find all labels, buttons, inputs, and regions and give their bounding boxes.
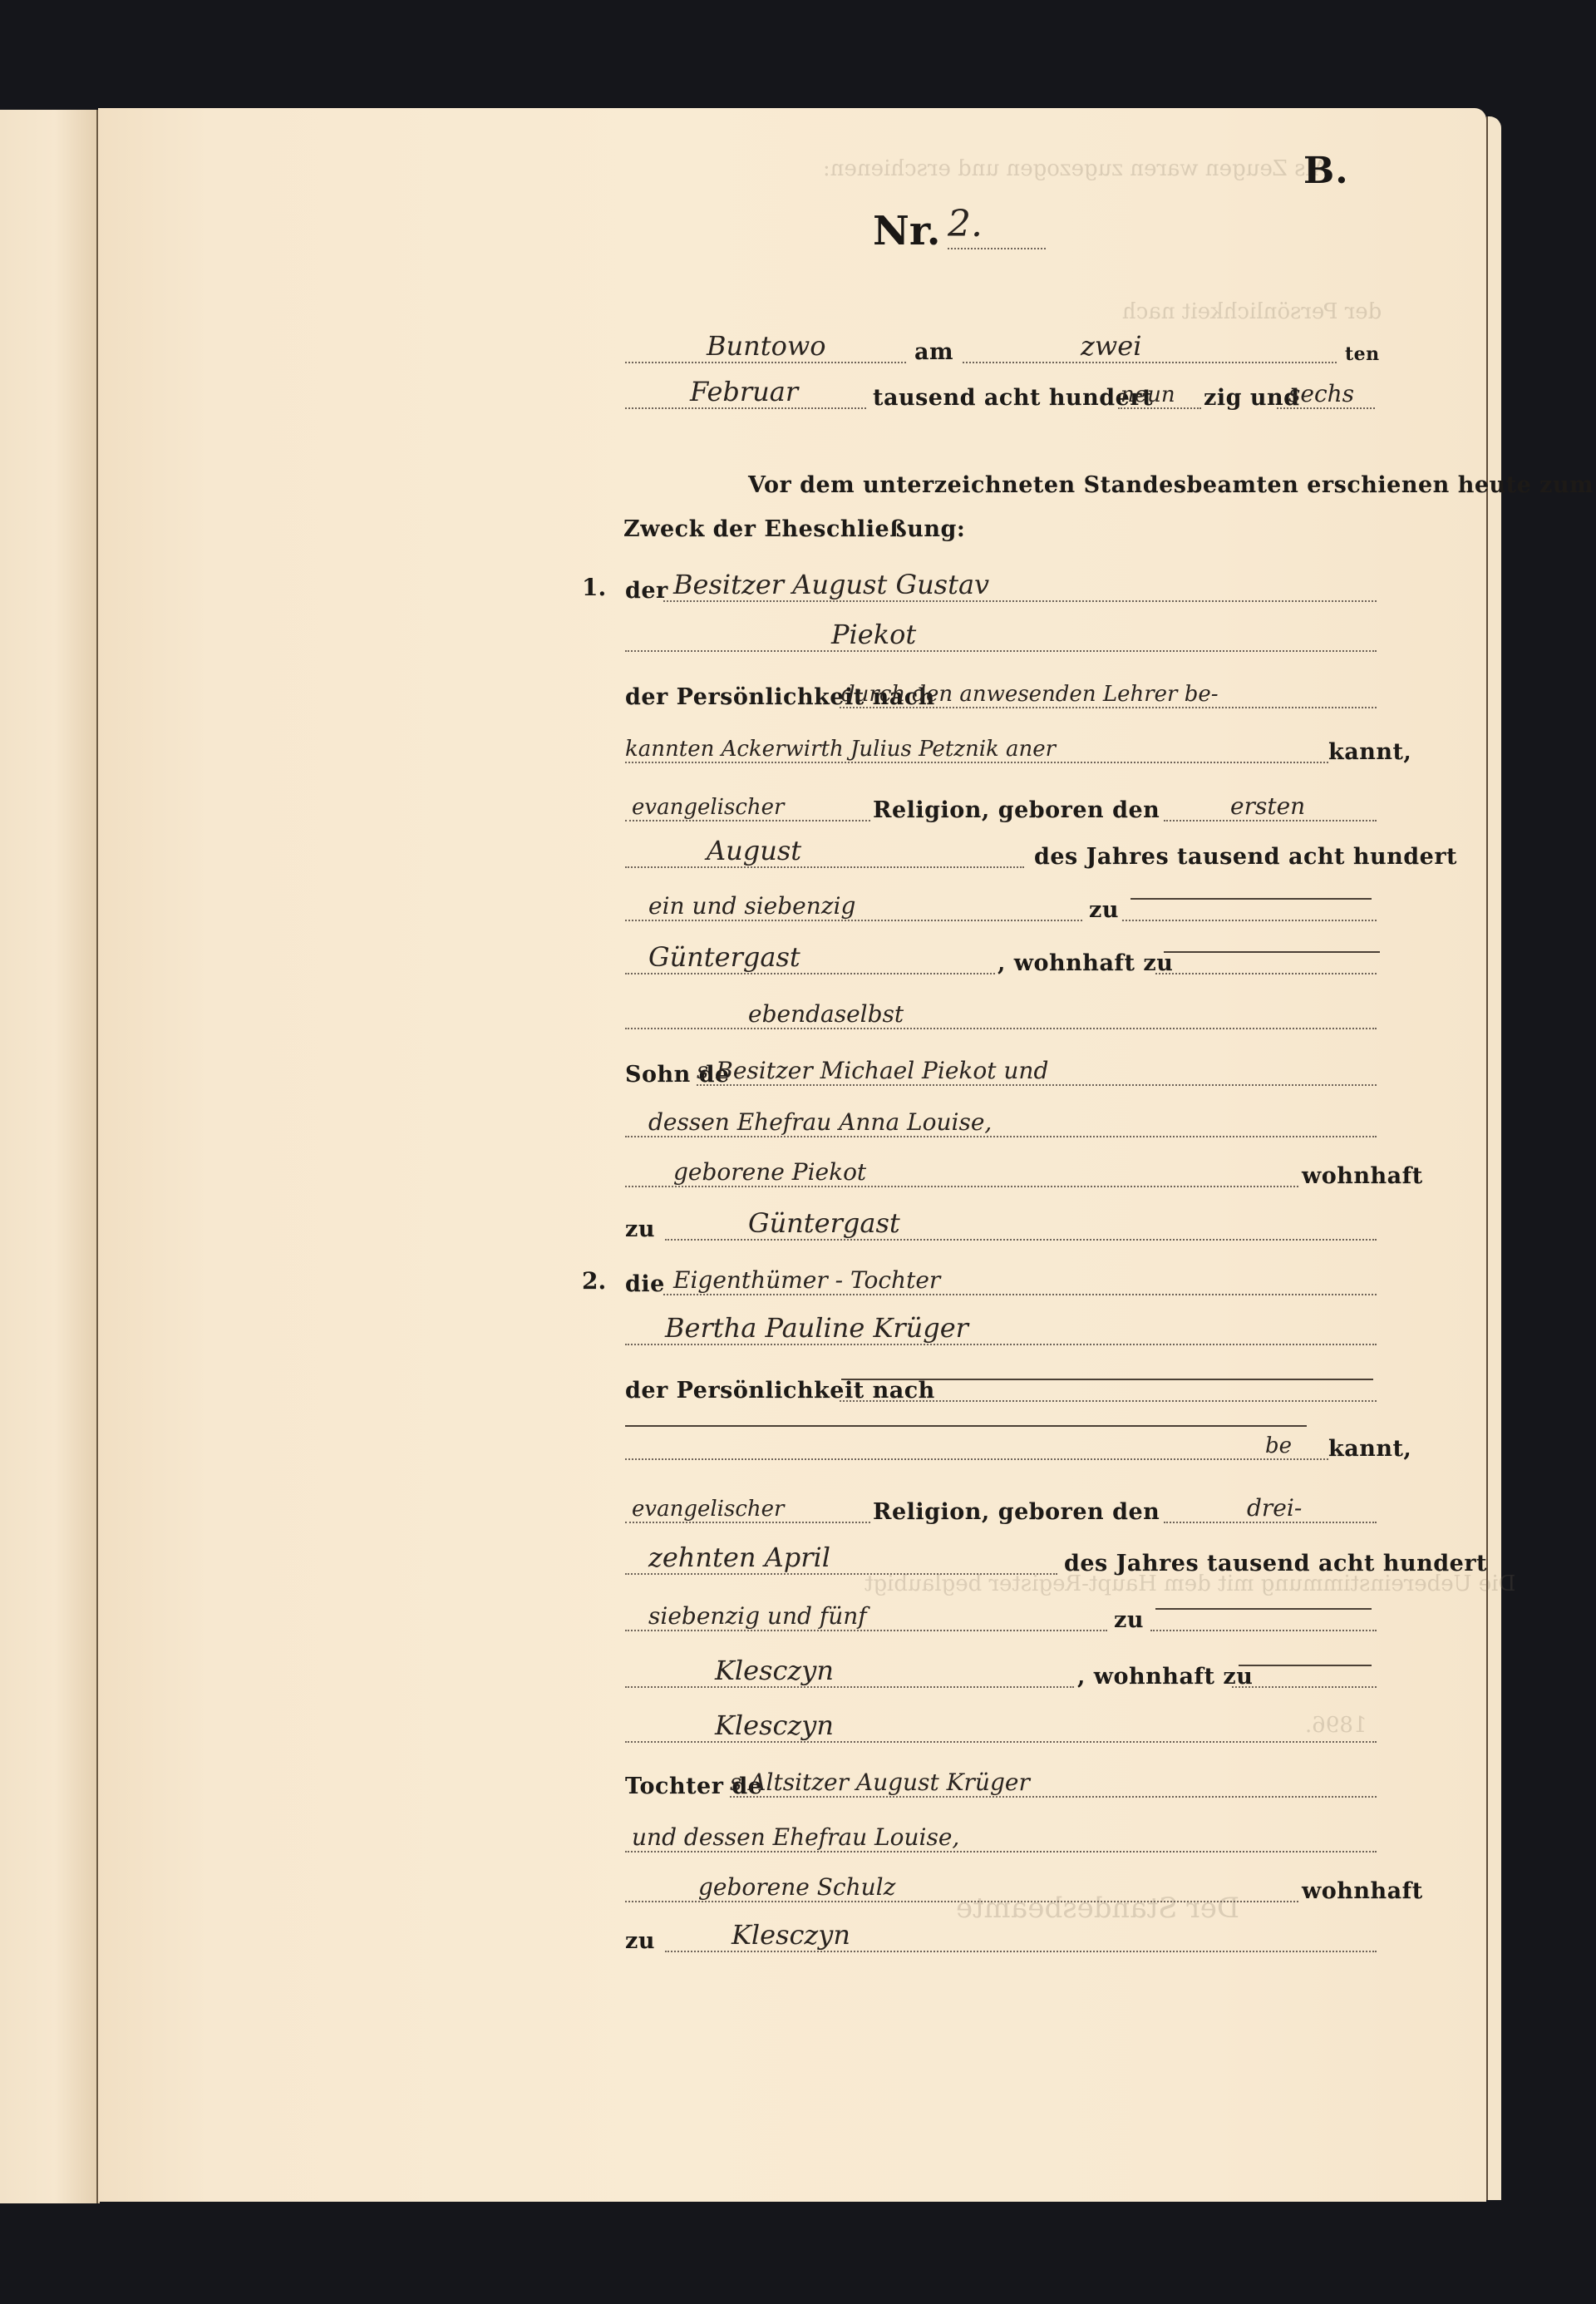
- ten-label: ten: [1345, 343, 1380, 365]
- dotted-rule: [625, 1686, 1074, 1688]
- groom-mother-row: dessen Ehefrau Anna Louise,: [582, 1094, 1378, 1144]
- dotted-rule: [1118, 407, 1201, 409]
- dotted-rule: [625, 866, 1024, 868]
- groom-religion-row: evangelischer Religion, geboren den erst…: [582, 778, 1378, 828]
- bride-parents-row: Tochter de s Altsitzer August Krüger: [582, 1754, 1378, 1804]
- dotted-rule: [625, 1136, 1377, 1137]
- bride-religion-row: evangelischer Religion, geboren den drei…: [582, 1480, 1378, 1530]
- dotted-rule: [625, 1186, 1298, 1187]
- groom-identity-value: kannten Ackerwirth Julius Petznik aner: [625, 737, 1056, 762]
- dotted-rule: [1232, 1686, 1377, 1688]
- kannt-label: kannt,: [1328, 739, 1411, 765]
- zu-label: zu: [625, 1216, 655, 1242]
- bride-mother-maiden-row: geborene Schulz wohnhaft: [582, 1859, 1378, 1909]
- groom-parents-row: Sohn de s Besitzer Michael Piekot und: [582, 1043, 1378, 1093]
- groom-birthplace-value: Güntergast: [648, 941, 800, 973]
- wohnhaft-zu-label: , wohnhaft zu: [1077, 1664, 1253, 1690]
- dotted-rule: [625, 1630, 1107, 1631]
- dotted-rule: [625, 762, 1328, 763]
- kannt-label: kannt,: [1328, 1436, 1411, 1462]
- groom-surname-row: Piekot: [582, 609, 1378, 659]
- groom-birthplace-row: Güntergast , wohnhaft zu: [582, 931, 1378, 981]
- bride-birth-month-row: zehnten April des Jahres tausend acht hu…: [582, 1532, 1378, 1581]
- zu-label: zu: [1089, 897, 1119, 923]
- record-number-label: Nr.: [873, 208, 940, 254]
- bride-birth-year-row: siebenzig und fünf zu: [582, 1588, 1378, 1638]
- dotted-rule: [625, 1458, 1328, 1460]
- dotted-rule: [625, 362, 906, 363]
- dotted-rule: [625, 1344, 1377, 1345]
- groom-birth-month-value: August: [707, 835, 801, 866]
- year-prefix-label: tausend acht hundert: [873, 385, 1153, 411]
- intro-row-2: Zweck der Eheschließung:: [582, 497, 1378, 547]
- dotted-rule: [1277, 407, 1375, 409]
- groom-residence-value: ebendaselbst: [748, 1000, 904, 1028]
- dotted-rule: [663, 600, 1377, 602]
- dotted-rule: [697, 1084, 1377, 1086]
- strike-line: [1164, 951, 1380, 953]
- dotted-rule: [625, 407, 866, 409]
- groom-father-value: s Besitzer Michael Piekot und: [697, 1057, 1048, 1084]
- dotted-rule: [1164, 820, 1377, 821]
- record-number-value: 2.: [948, 203, 983, 245]
- der-label: der: [625, 578, 668, 604]
- zu-label: zu: [625, 1928, 655, 1954]
- dotted-rule: [663, 1294, 1377, 1295]
- form-letter: B.: [1303, 150, 1349, 192]
- die-label: die: [625, 1271, 665, 1297]
- dotted-rule: [1164, 1522, 1377, 1523]
- bride-religion-value: evangelischer: [632, 1497, 784, 1522]
- dotted-rule: [625, 1028, 1377, 1029]
- bride-birth-day-value: drei-: [1247, 1494, 1302, 1522]
- strike-line: [1155, 1608, 1372, 1610]
- strike-line: [1130, 898, 1372, 900]
- strike-line: [625, 1425, 1307, 1427]
- groom-name-row: der Besitzer August Gustav: [582, 559, 1378, 609]
- groom-identity-row: der Persönlichkeit nach durch den anwese…: [582, 665, 1378, 715]
- dotted-rule: [840, 707, 1377, 708]
- strike-line: [1239, 1665, 1372, 1666]
- intro-text: Zweck der Eheschließung:: [623, 516, 965, 542]
- religion-label: Religion, geboren den: [873, 1499, 1160, 1525]
- place-value: Buntowo: [707, 330, 826, 362]
- groom-residence-row: ebendaselbst: [582, 986, 1378, 1036]
- dotted-rule: [625, 1851, 1377, 1853]
- dotted-rule: [665, 1951, 1377, 1952]
- groom-birth-year-row: ein und siebenzig zu: [582, 878, 1378, 928]
- bride-mother-value: und dessen Ehefrau Louise,: [632, 1823, 959, 1851]
- dotted-rule: [625, 1522, 870, 1523]
- groom-name-value: Besitzer August Gustav: [673, 569, 989, 600]
- intro-row-1: Vor dem unterzeichneten Standesbeamten e…: [582, 453, 1378, 503]
- wohnhaft-label: wohnhaft: [1302, 1163, 1423, 1189]
- dotted-rule: [625, 973, 995, 974]
- groom-birth-year-value: ein und siebenzig: [648, 892, 855, 920]
- dotted-rule: [625, 820, 870, 821]
- bleed-through-text: Als Zeugen waren zugezogen und erschiene…: [823, 156, 1328, 181]
- groom-identity-value: durch den anwesenden Lehrer be-: [841, 682, 1219, 707]
- religion-label: Religion, geboren den: [873, 797, 1160, 823]
- dotted-rule: [1155, 973, 1377, 974]
- bride-name-value: Bertha Pauline Krüger: [665, 1312, 968, 1344]
- bride-birth-month-value: zehnten April: [648, 1542, 830, 1573]
- bride-mother-maiden-value: geborene Schulz: [698, 1873, 895, 1901]
- bride-mother-row: und dessen Ehefrau Louise,: [582, 1809, 1378, 1859]
- bride-birthplace-value: Klesczyn: [715, 1655, 834, 1686]
- groom-mother-value: dessen Ehefrau Anna Louise,: [648, 1108, 992, 1136]
- intro-text: Vor dem unterzeichneten Standesbeamten e…: [748, 472, 1594, 498]
- dotted-rule: [625, 920, 1082, 921]
- strike-line: [841, 1379, 1373, 1380]
- bride-parents-residence-row: zu Klesczyn: [582, 1909, 1378, 1959]
- bride-residence-row: Klesczyn: [582, 1700, 1378, 1749]
- dotted-rule: [840, 1400, 1377, 1402]
- adjacent-left-page: [0, 110, 100, 2203]
- groom-parents-residence-row: zu Güntergast: [582, 1197, 1378, 1247]
- groom-parents-residence-value: Güntergast: [748, 1207, 900, 1239]
- bride-identity-suffix: be: [1265, 1433, 1292, 1458]
- bride-parents-residence-value: Klesczyn: [731, 1919, 850, 1951]
- groom-mother-maiden-row: geborene Piekot wohnhaft: [582, 1144, 1378, 1194]
- bride-identity-row: der Persönlichkeit nach: [582, 1359, 1378, 1409]
- dotted-rule: [963, 362, 1337, 363]
- year-unit-value: sechs: [1288, 380, 1354, 407]
- dotted-rule: [948, 248, 1046, 249]
- groom-religion-value: evangelischer: [632, 795, 784, 820]
- jahres-label: des Jahres tausend acht hundert: [1064, 1551, 1487, 1576]
- am-label: am: [914, 339, 953, 365]
- bride-identity-row-2: be kannt,: [582, 1417, 1378, 1467]
- wohnhaft-label: wohnhaft: [1302, 1878, 1423, 1904]
- dotted-rule: [625, 1573, 1057, 1575]
- groom-birth-month-row: August des Jahres tausend acht hundert: [582, 825, 1378, 875]
- groom-identity-row-2: kannten Ackerwirth Julius Petznik aner k…: [582, 720, 1378, 770]
- dotted-rule: [665, 1239, 1377, 1241]
- jahres-label: des Jahres tausend acht hundert: [1034, 844, 1457, 870]
- month-year-row: Februar tausend acht hundert neun zig un…: [582, 366, 1378, 416]
- dotted-rule: [625, 1901, 1298, 1902]
- place-date-row: Buntowo am zwei ten: [582, 320, 1378, 370]
- groom-surname-value: Piekot: [831, 619, 916, 650]
- zu-label: zu: [1114, 1607, 1144, 1633]
- dotted-rule: [730, 1796, 1377, 1798]
- dotted-rule: [625, 650, 1377, 652]
- decade-value: neun: [1121, 382, 1175, 407]
- bride-birth-year-value: siebenzig und fünf: [648, 1602, 867, 1630]
- dotted-rule: [625, 1741, 1377, 1743]
- bride-birthplace-row: Klesczyn , wohnhaft zu: [582, 1645, 1378, 1695]
- page-right-edge: [1486, 116, 1501, 2200]
- dotted-rule: [1150, 1630, 1377, 1631]
- day-value: zwei: [1081, 330, 1141, 362]
- wohnhaft-zu-label: , wohnhaft zu: [997, 950, 1173, 976]
- bride-fullname-row: Bertha Pauline Krüger: [582, 1302, 1378, 1352]
- bride-father-value: s Altsitzer August Krüger: [730, 1769, 1030, 1796]
- month-value: Februar: [690, 376, 798, 407]
- groom-birth-day-value: ersten: [1230, 792, 1305, 820]
- groom-mother-maiden-value: geborene Piekot: [673, 1158, 866, 1186]
- bride-residence-value: Klesczyn: [715, 1709, 834, 1741]
- bride-name-row: die Eigenthümer - Tochter: [582, 1252, 1378, 1302]
- dotted-rule: [1122, 920, 1377, 921]
- bride-occupation-value: Eigenthümer - Tochter: [673, 1266, 940, 1294]
